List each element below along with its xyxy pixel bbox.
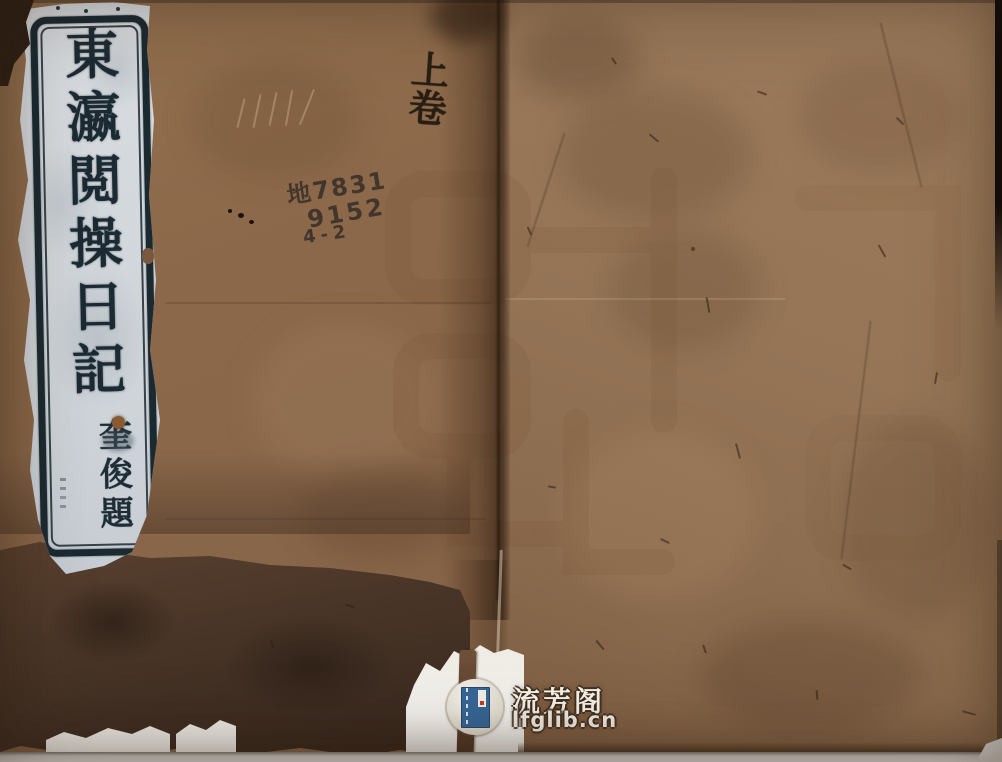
scan-vignette [0, 0, 1002, 762]
book-cover-scan: 上卷 地7831 9152 4-2 東瀛閲操日記 奎俊題 [0, 0, 1002, 762]
